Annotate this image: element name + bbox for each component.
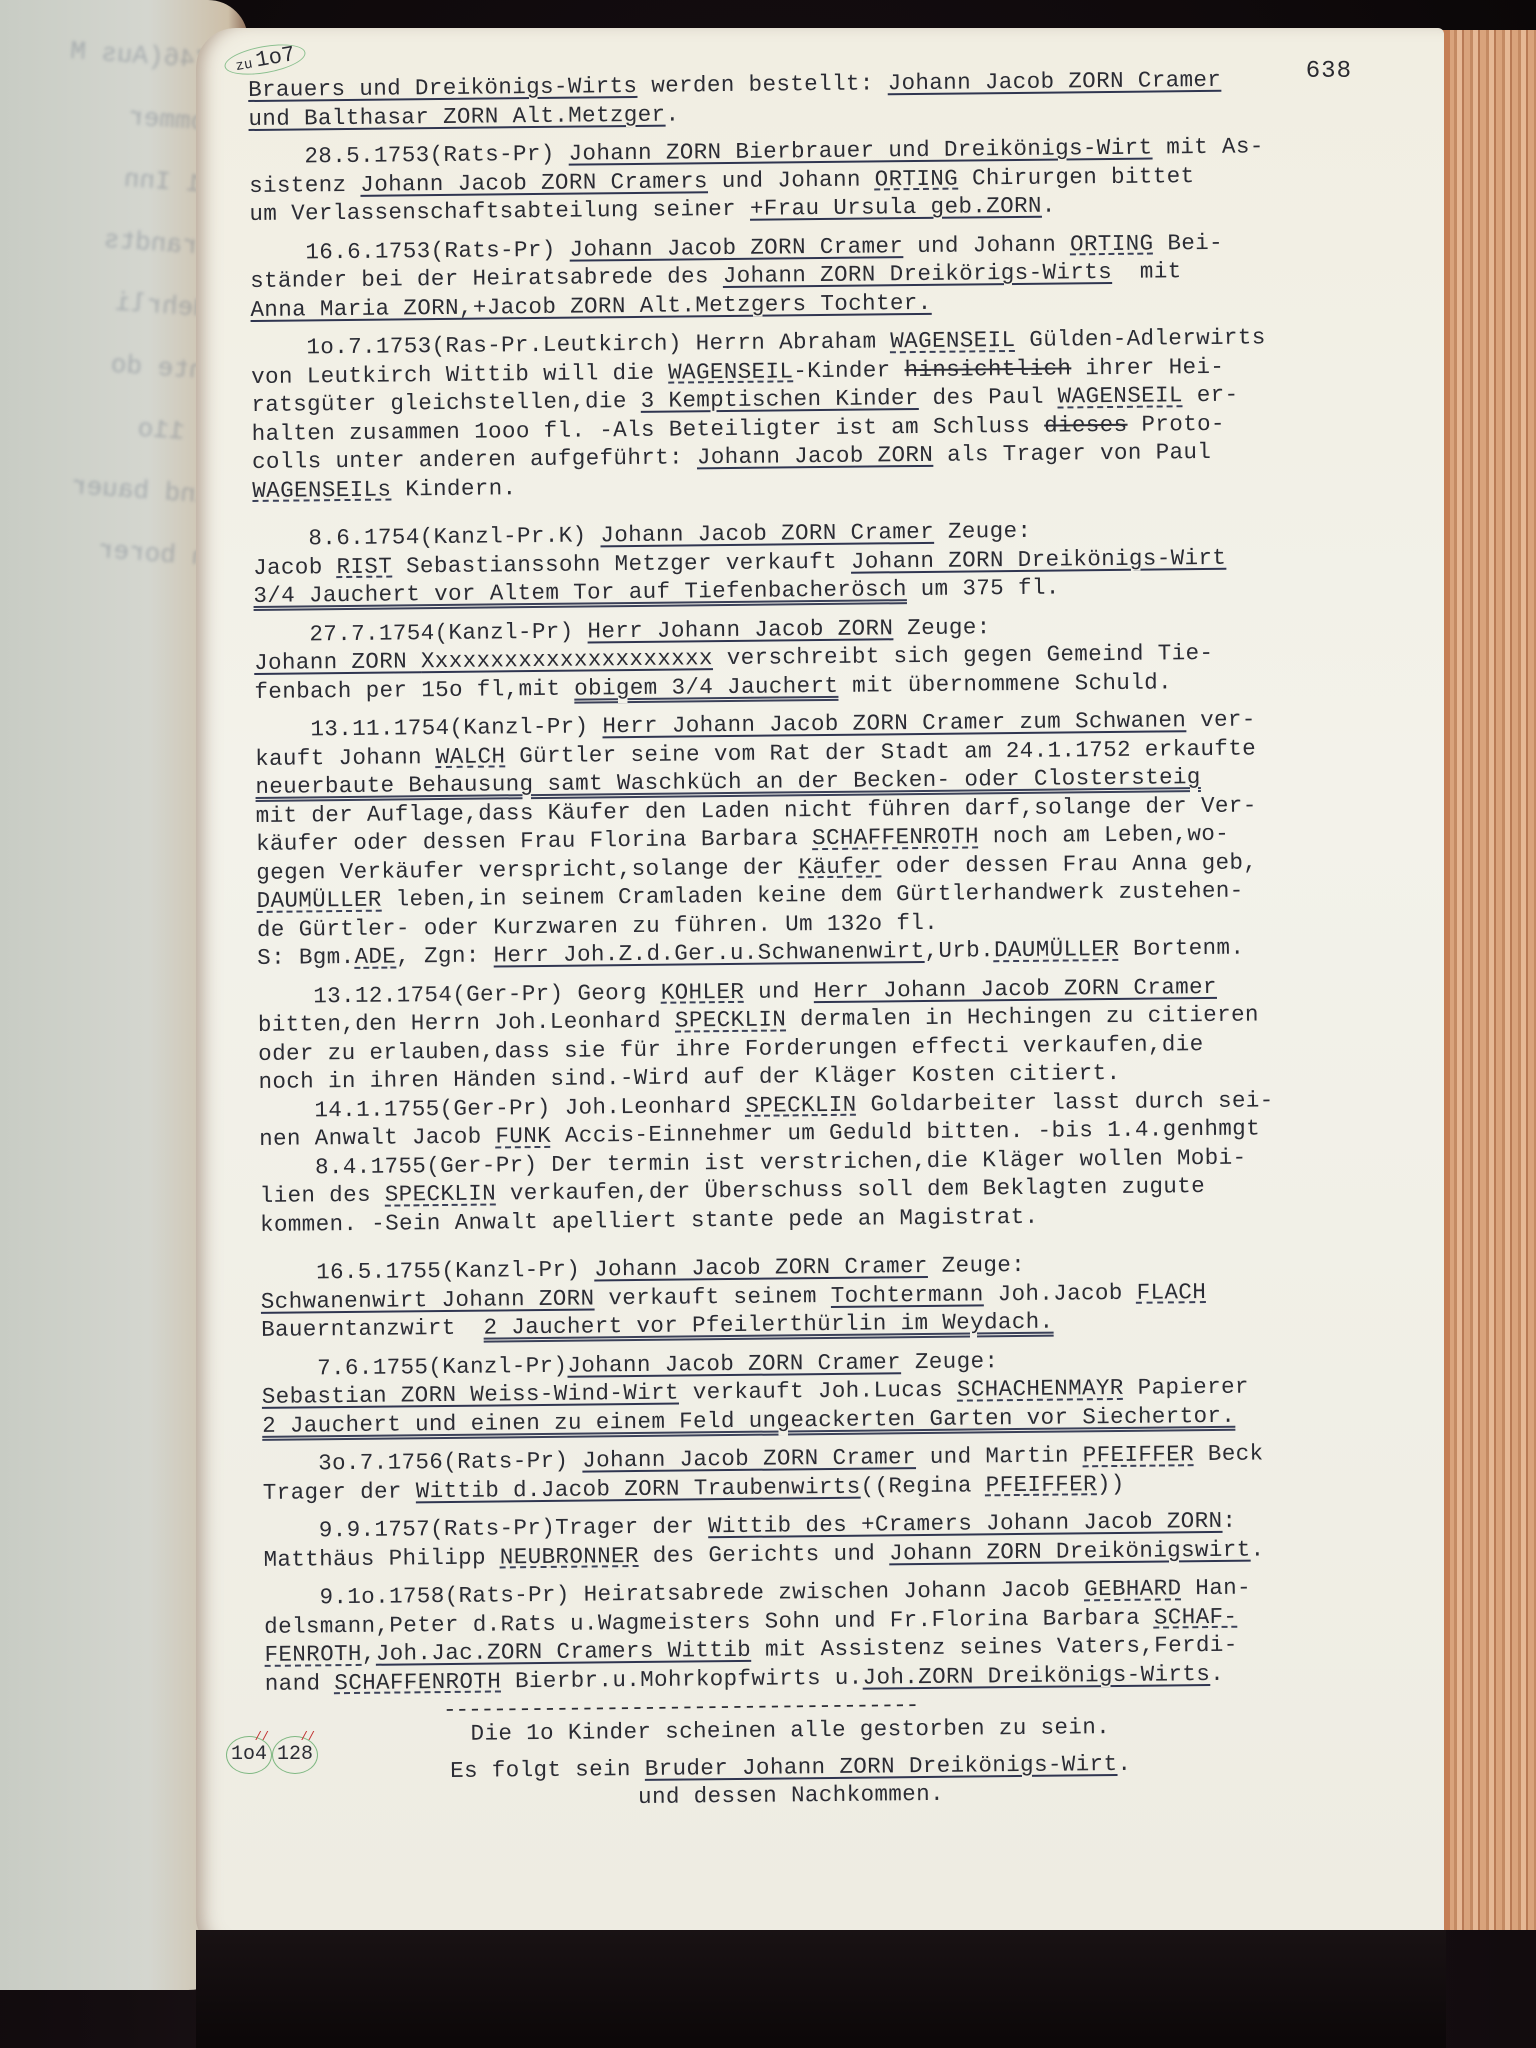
text-run: 8.6.1754(Kanzl-Pr.K) <box>253 522 601 552</box>
emphasized-text: Johann Jacob ZORN Cramer <box>582 1444 916 1473</box>
emphasized-text: RIST <box>336 553 392 580</box>
text-run: und <box>744 978 814 1005</box>
text-run: Zeuge: <box>893 614 991 641</box>
text-run: Han- <box>1181 1575 1251 1602</box>
text-run: . <box>1210 1660 1224 1686</box>
text-run: . <box>1042 193 1056 219</box>
emphasized-text: SCHAF- <box>1154 1603 1238 1630</box>
text-run: ihrer Hei- <box>1071 353 1224 381</box>
emphasized-text: KOHLER <box>661 978 745 1005</box>
margin-note-reference: zu1o7 <box>222 39 308 80</box>
text-run: 27.7.1754(Kanzl-Pr) <box>254 618 588 647</box>
text-run: ,Urb. <box>924 937 994 964</box>
text-run: , <box>362 1641 376 1667</box>
text-run: . <box>665 101 679 127</box>
text-run: Proto- <box>1127 410 1225 437</box>
emphasized-text: Johann Jacob ZORN Cramers <box>360 168 708 198</box>
emphasized-text: Johann Jacob ZORN <box>697 442 934 470</box>
text-run: verkauft seinem <box>594 1282 831 1310</box>
emphasized-text: FLACH <box>1137 1279 1207 1306</box>
emphasized-text: Herr Johann Jacob ZORN Cramer <box>814 973 1217 1003</box>
text-run: um Verlassenschaftsabteilung seiner <box>249 196 750 227</box>
emphasized-text: WAGENSEIL <box>890 327 1015 354</box>
emphasized-text: Bruder Johann ZORN Dreikönigs-Wirt <box>645 1750 1118 1781</box>
emphasized-text: Johann Jacob ZORN Cramer <box>600 519 934 548</box>
text-run: oder dessen Frau Anna geb, <box>882 849 1258 879</box>
emphasized-text: FENROTH <box>264 1641 362 1668</box>
margin-reference-circle: 1o4 <box>226 1736 272 1774</box>
emphasized-text: Johann Jacob ZORN Cramer <box>887 67 1221 96</box>
text-run: nen Anwalt Jacob <box>259 1123 496 1151</box>
emphasized-text: Joh.Jac.ZORN Cramers Wittib <box>376 1637 752 1667</box>
emphasized-text: +Frau Ursula geb.ZORN <box>750 193 1042 222</box>
text-run: des Gerichts und <box>639 1540 890 1569</box>
text-run: von Leutkirch Wittib will die <box>251 359 668 389</box>
text-run: Trager der <box>263 1478 416 1506</box>
emphasized-text: Joh.ZORN Dreikönigs-Wirts <box>862 1661 1210 1691</box>
text-run: Jacob <box>253 554 337 581</box>
text-run: Sebastianssohn Metzger verkauft <box>392 548 851 579</box>
emphasized-text: DAUMÜLLER <box>257 887 382 914</box>
emphasized-text: SPECKLIN <box>675 1006 786 1033</box>
text-run: werden bestellt: <box>637 70 888 99</box>
text-run: Bortenm. <box>1119 935 1244 962</box>
emphasized-text: Herr Joh.Z.d.Ger.u.Schwanenwirt <box>493 938 924 969</box>
emphasized-text: Johann ZORN Dreikönigs-Wirt <box>851 544 1227 574</box>
text-run: Bierbr.u.Mohrkopfwirts u. <box>501 1664 863 1694</box>
text-run: und dessen Nachkommen. <box>638 1781 944 1810</box>
text-run: : <box>1222 1508 1236 1534</box>
text-run: Matthäus Philipp <box>263 1544 500 1572</box>
emphasized-text: WAGENSEIL <box>1058 382 1183 409</box>
text-run: Beck <box>1194 1440 1264 1467</box>
text-run: dermalen in Hechingen zu citieren <box>786 1001 1259 1032</box>
margin-reference-circle: 128 <box>272 1736 318 1774</box>
emphasized-text: obigem 3/4 Jauchert <box>574 672 838 701</box>
emphasized-text: Johann ZORN Dreikönigswirt <box>889 1536 1251 1566</box>
text-run: verschreibt sich gegen Gemeind Tie- <box>713 640 1214 671</box>
text-run: -Kinder <box>793 357 904 384</box>
text-run: er- <box>1183 382 1239 409</box>
text-run: 14.1.1755(Ger-Pr) Joh.Leonhard <box>259 1092 746 1123</box>
document-page: 638 zu1o7 Brauers und Dreikönigs-Wirts w… <box>196 28 1444 1948</box>
emphasized-text: Tochtermann <box>831 1281 984 1309</box>
typewritten-text: Brauers und Dreikönigs-Wirts werden best… <box>248 64 1436 1816</box>
text-run: bitten,den Herrn Joh.Leonhard <box>258 1008 675 1038</box>
text-run: . <box>1250 1536 1264 1562</box>
emphasized-text: und Balthasar ZORN Alt.Metzger <box>248 101 665 131</box>
page-edges <box>1432 30 1536 1930</box>
emphasized-text: Johann ZORN <box>254 648 421 676</box>
emphasized-text: WALCH <box>436 743 506 770</box>
text-run: ((Regina <box>860 1472 985 1499</box>
text-run: des Paul <box>919 384 1058 411</box>
text-run: Kindern. <box>391 475 516 502</box>
text-run: , Zgn: <box>396 942 494 969</box>
text-run: colls unter anderen aufgeführt: <box>252 444 697 475</box>
text-run: 28.5.1753(Rats-Pr) <box>249 141 569 170</box>
emphasized-text: Johann ZORN Bierbrauer und Dreikönigs-Wi… <box>568 135 1152 167</box>
emphasized-text: SCHAFFENROTH <box>334 1668 501 1696</box>
emphasized-text: PFEIFFER <box>986 1471 1097 1498</box>
emphasized-text: SCHAFFENROTH <box>812 823 979 851</box>
text-run: Chirurgen bittet <box>958 163 1195 191</box>
emphasized-text: dieses <box>1044 411 1128 438</box>
text-run: und Johann <box>708 166 875 194</box>
text-run: Zeuge: <box>934 518 1032 545</box>
text-run: 13.11.1754(Kanzl-Pr) <box>255 713 603 743</box>
text-run: Bauerntanzwirt <box>261 1315 484 1343</box>
emphasized-text: ORTING <box>1070 230 1154 257</box>
text-run: Joh.Jacob <box>984 1279 1137 1307</box>
text-run: um 375 fl. <box>907 575 1060 603</box>
text-run: sistenz <box>249 171 360 198</box>
emphasized-text: NEUBRONNER <box>500 1542 639 1569</box>
text-run: und Johann <box>903 231 1070 259</box>
text-run: mit <box>1112 258 1182 285</box>
text-run: . <box>1117 1750 1131 1776</box>
text-run: Zeuge: <box>928 1252 1026 1279</box>
emphasized-text: Wittib des +Cramers Johann Jacob ZORN <box>708 1508 1223 1539</box>
emphasized-text: SPECKLIN <box>745 1091 856 1118</box>
text-run: und Martin <box>916 1442 1083 1470</box>
emphasized-text: PFEIFFER <box>1083 1441 1194 1468</box>
emphasized-text: Xxxxxxxxxxxxxxxxxxxxx <box>421 645 713 674</box>
emphasized-text: SCHACHENMAYR <box>957 1375 1124 1403</box>
text-run: ratsgüter gleichstellen,die <box>251 388 641 418</box>
text-run: kauft Johann <box>255 744 436 772</box>
text-run: 16.6.1753(Rats-Pr) <box>250 236 570 265</box>
emphasized-text: ORTING <box>875 165 959 192</box>
emphasized-text: Johann ZORN Dreikörigs-Wirts <box>723 259 1113 289</box>
emphasized-text: Schwanenwirt Johann ZORN <box>261 1285 595 1314</box>
emphasized-text: SPECKLIN <box>385 1180 496 1207</box>
text-run: gegen Verkäufer verspricht,solange der <box>256 854 798 886</box>
emphasized-text: WAGENSEILs <box>252 476 391 503</box>
text-run: S: Bgm. <box>257 944 355 971</box>
emphasized-text: Johann Jacob ZORN Cramer <box>594 1253 928 1282</box>
text-run: Es folgt sein <box>450 1755 645 1783</box>
emphasized-text: GEBHARD <box>1084 1575 1182 1602</box>
text-run: 13.12.1754(Ger-Pr) Georg <box>258 979 661 1009</box>
text-run: Goldarbeiter lasst durch sei- <box>856 1087 1273 1117</box>
emphasized-text: DAUMÜLLER <box>994 936 1119 963</box>
text-run: noch am Leben,wo- <box>979 821 1230 850</box>
text-run: käufer oder dessen Frau Florina Barbara <box>256 825 812 857</box>
emphasized-text: Johann Jacob ZORN Cramer <box>567 1349 901 1378</box>
emphasized-text: WAGENSEIL <box>668 358 793 385</box>
emphasized-text: Sebastian ZORN Weiss-Wind-Wirt <box>262 1380 679 1410</box>
text-run: fenbach per 15o fl,mit <box>254 675 574 704</box>
emphasized-text: Herr Johann Jacob ZORN Cramer zum Schwan… <box>602 707 1186 739</box>
emphasized-text: Wittib d.Jacob ZORN Traubenwirts <box>416 1473 861 1504</box>
emphasized-text: hinsichtlich <box>904 355 1071 383</box>
text-run: verkauft Joh.Lucas <box>679 1377 957 1406</box>
margin-note-prefix: zu <box>235 56 254 75</box>
table-surface <box>196 1930 1446 2048</box>
emphasized-text: Käufer <box>798 853 882 880</box>
margin-references: 1o4128 <box>226 1736 318 1774</box>
text-run: 3o.7.1756(Rats-Pr) <box>262 1448 582 1477</box>
text-run: nand <box>265 1670 335 1697</box>
emphasized-text: FUNK <box>495 1123 551 1150</box>
text-run: )) <box>1097 1470 1125 1496</box>
text-run: 16.5.1755(Kanzl-Pr) <box>260 1256 594 1285</box>
margin-note-number: 1o7 <box>254 42 297 73</box>
emphasized-text: Herr Johann Jacob ZORN <box>587 615 893 644</box>
text-run: mit übernommene Schuld. <box>838 669 1172 698</box>
text-run: lien des <box>260 1182 385 1209</box>
text-run: 7.6.1755(Kanzl-Pr) <box>261 1352 567 1381</box>
text-run: mit As- <box>1152 133 1263 160</box>
text-run: mit Assistenz seines Vaters,Ferdi- <box>751 1632 1238 1663</box>
text-run: Gülden-Adlerwirts <box>1015 324 1266 353</box>
text-run: Papierer <box>1124 1374 1249 1401</box>
text-run: ver- <box>1186 706 1256 733</box>
emphasized-text: 2 Jauchert vor Pfeilerthürlin im Weydach… <box>483 1309 1053 1341</box>
text-run: Die 1o Kinder scheinen alle gestorben zu… <box>470 1714 1110 1747</box>
text-run: Zeuge: <box>901 1348 999 1375</box>
emphasized-text: 3 Kemptischen Kinder <box>641 385 919 414</box>
text-run: 9.9.1757(Rats-Pr)Trager der <box>263 1513 708 1544</box>
text-run: als Trager von Paul <box>933 439 1211 468</box>
text-run: ständer bei der Heiratsabrede des <box>250 263 723 294</box>
emphasized-text: ADE <box>354 943 396 969</box>
text-run: Bei- <box>1153 229 1223 256</box>
emphasized-text: Johann Jacob ZORN Cramer <box>569 233 903 262</box>
emphasized-text: Brauers und Dreikönigs-Wirts <box>248 73 638 103</box>
